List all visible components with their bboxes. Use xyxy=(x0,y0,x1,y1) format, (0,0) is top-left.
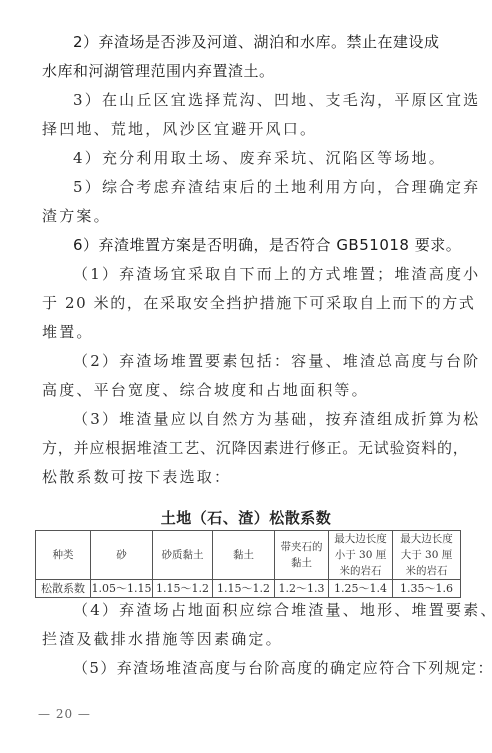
header-cell: 黏土 xyxy=(213,531,275,580)
table-cell: 1.15～1.2 xyxy=(213,580,275,598)
paragraph-line: （1）弃渣场宜采取自下而上的方式堆置；堆渣高度小 xyxy=(73,264,492,284)
paragraph-line: 堆置。 xyxy=(42,322,462,342)
table-cell: 1.25～1.4 xyxy=(329,580,393,598)
paragraph-line: 拦渣及截排水措施等因素确定。 xyxy=(42,629,462,649)
table-cell: 1.15～1.2 xyxy=(153,580,213,598)
paragraph-line: 渣方案。 xyxy=(42,206,462,226)
paragraph-line: 3）在山丘区宜选择荒沟、凹地、支毛沟，平原区宜选 xyxy=(73,90,492,110)
paragraph-line: （2）弃渣场堆置要素包括：容量、堆渣总高度与台阶 xyxy=(73,351,492,371)
header-cell: 砂质黏土 xyxy=(153,531,213,580)
table-cell: 1.05～1.15 xyxy=(91,580,153,598)
paragraph-line: 方，并应根据堆渣工艺、沉降因素进行修正。无试验资料的， xyxy=(42,438,462,458)
paragraph-line: 择凹地、荒地，风沙区宜避开风口。 xyxy=(42,119,462,139)
header-cell: 带夹石的 黏土 xyxy=(275,531,329,580)
paragraph-line: 4）充分利用取土场、废弃采坑、沉陷区等场地。 xyxy=(73,148,492,168)
paragraph-line: 5）综合考虑弃渣结束后的土地利用方向，合理确定弃 xyxy=(73,177,492,197)
paragraph-line: （5）弃渣场堆渣高度与台阶高度的确定应符合下列规定： xyxy=(73,658,492,678)
paragraph-line: 松散系数可按下表选取： xyxy=(42,467,462,487)
page-number: — 20 — xyxy=(38,707,91,721)
paragraph-line: （4）弃渣场占地面积应综合堆渣量、地形、堆置要素、 xyxy=(73,600,492,620)
table-title: 土地（石、渣）松散系数 xyxy=(0,507,492,528)
paragraph-line: 水库和河湖管理范围内弃置渣土。 xyxy=(42,61,462,81)
table-cell: 1.2～1.3 xyxy=(275,580,329,598)
header-cell: 种类 xyxy=(36,531,91,580)
paragraph-line: 2）弃渣场是否涉及河道、湖泊和水库。禁止在建设成 xyxy=(73,32,492,52)
header-cell: 最大边长度 大于 30 厘 米的岩石 xyxy=(393,531,461,580)
loosening-coefficient-table: 种类 砂 砂质黏土 黏土 带夹石的 黏土 最大边长度 小于 30 厘 米的岩石 … xyxy=(35,530,461,598)
paragraph-line: 于 20 米的，在采取安全挡护措施下可采取自上而下的方式 xyxy=(42,293,462,313)
table-header-row: 种类 砂 砂质黏土 黏土 带夹石的 黏土 最大边长度 小于 30 厘 米的岩石 … xyxy=(36,531,461,580)
header-cell: 砂 xyxy=(91,531,153,580)
table-row: 松散系数 1.05～1.15 1.15～1.2 1.15～1.2 1.2～1.3… xyxy=(36,580,461,598)
table-cell: 松散系数 xyxy=(36,580,91,598)
paragraph-line: 高度、平台宽度、综合坡度和占地面积等。 xyxy=(42,380,462,400)
paragraph-line: （3）堆渣量应以自然方为基础，按弃渣组成折算为松 xyxy=(73,409,492,429)
table-cell: 1.35～1.6 xyxy=(393,580,461,598)
paragraph-line: 6）弃渣堆置方案是否明确，是否符合 GB51018 要求。 xyxy=(73,235,492,255)
header-cell: 最大边长度 小于 30 厘 米的岩石 xyxy=(329,531,393,580)
